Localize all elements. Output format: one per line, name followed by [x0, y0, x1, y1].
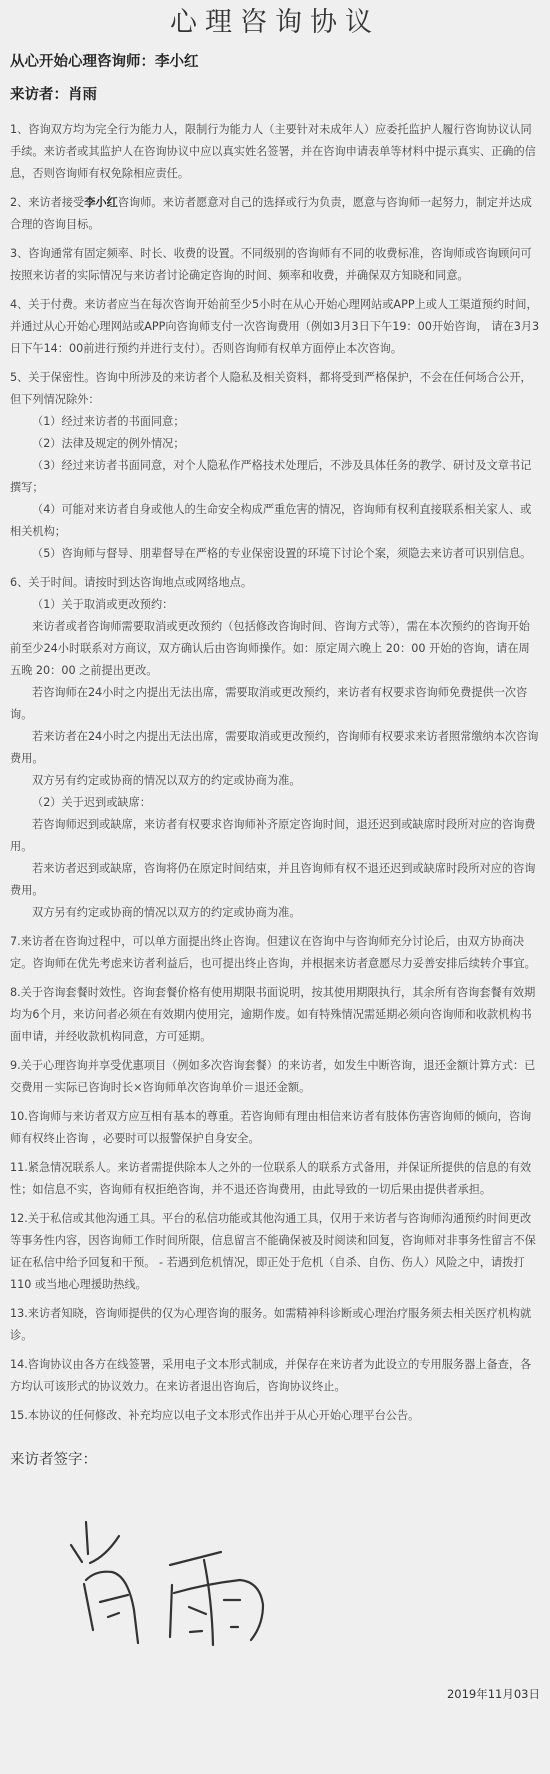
- clause-5-item: （4）可能对来访者自身或他人的生命安全构成严重危害的情况，咨询师有权利直接联系相…: [10, 499, 540, 543]
- clause-6-item: 若咨询师在24小时之内提出无法出席，需要取消或更改预约，来访者有权要求咨询师免费…: [10, 682, 540, 726]
- visitor-label: 来访者：: [10, 87, 68, 103]
- clause-text: 2、来访者接受李小红咨询师。来访者愿意对自己的选择或行为负责，愿意与咨询师一起努…: [10, 192, 540, 236]
- clause-text: 9.关于心理咨询并享受优惠项目（例如多次咨询套餐）的来访者，如发生中断咨询，退还…: [10, 1055, 540, 1099]
- clause-text: 7.来访者在咨询过程中，可以单方面提出终止咨询。但建议在咨询中与咨询师充分讨论后…: [10, 931, 540, 975]
- clause-5-item: （1）经过来访者的书面同意；: [10, 411, 540, 433]
- clause-text: 3、咨询通常有固定频率、时长、收费的设置。不同级别的咨询师有不同的收费标准，咨询…: [10, 243, 540, 287]
- clause-text: 12.关于私信或其他沟通工具。平台的私信功能或其他沟通工具，仅用于来访者与咨询师…: [10, 1208, 540, 1296]
- clause-7: 7.来访者在咨询过程中，可以单方面提出终止咨询。但建议在咨询中与咨询师充分讨论后…: [10, 931, 540, 975]
- clause-2-pre: 2、来访者接受: [10, 196, 84, 209]
- clause-10: 10.咨询师与来访者双方应互相有基本的尊重。若咨询师有理由相信来访者有肢体伤害咨…: [10, 1106, 540, 1150]
- counselor-name: 李小红: [155, 54, 199, 70]
- clause-3: 3、咨询通常有固定频率、时长、收费的设置。不同级别的咨询师有不同的收费标准，咨询…: [10, 243, 540, 287]
- signature-label: 来访者签字：: [10, 1448, 97, 1469]
- clause-5: 5、关于保密性。咨询中所涉及的来访者个人隐私及相关资料，都将受到严格保护，不会在…: [10, 367, 540, 565]
- clause-6-item: 若咨询师迟到或缺席，来访者有权要求咨询师补齐原定咨询时间，退还迟到或缺席时段所对…: [10, 814, 540, 858]
- clause-9: 9.关于心理咨询并享受优惠项目（例如多次咨询套餐）的来访者，如发生中断咨询，退还…: [10, 1055, 540, 1099]
- clause-5-item: （3）经过来访者书面同意，对个人隐私作严格技术处理后，不涉及具体任务的教学、研讨…: [10, 455, 540, 499]
- signing-date: 2019年11月03日: [447, 1686, 540, 1702]
- clause-text: 14.咨询协议由各方在线签署，采用电子文本形式制成，并保存在来访者为此设立的专用…: [10, 1354, 540, 1398]
- clause-text: 8.关于咨询套餐时效性。咨询套餐价格有使用期限书面说明，按其使用期限执行，其余所…: [10, 982, 540, 1048]
- visitor-line: 来访者：肖雨: [10, 85, 550, 105]
- clause-6-item: 若来访者迟到或缺席，咨询将仍在原定时间结束，并且咨询师有权不退还迟到或缺席时段所…: [10, 858, 540, 902]
- clause-5-item: （5）咨询师与督导、朋辈督导在严格的专业保密设置的环境下讨论个案，须隐去来访者可…: [10, 543, 540, 565]
- counselor-line: 从心开始心理咨询师：李小红: [10, 52, 550, 72]
- clause-2-counselor-name: 李小红: [84, 196, 118, 209]
- clause-text: 5、关于保密性。咨询中所涉及的来访者个人隐私及相关资料，都将受到严格保护，不会在…: [10, 367, 540, 411]
- clause-6-item: 双方另有约定或协商的情况以双方的约定或协商为准。: [10, 902, 540, 924]
- counselor-label: 从心开始心理咨询师：: [10, 54, 155, 70]
- clause-6-subtitle: （1）关于取消或更改预约：: [10, 594, 540, 616]
- clause-8: 8.关于咨询套餐时效性。咨询套餐价格有使用期限书面说明，按其使用期限执行，其余所…: [10, 982, 540, 1048]
- clause-6-subtitle: （2）关于迟到或缺席：: [10, 792, 540, 814]
- handwritten-signature: [40, 1510, 280, 1670]
- clause-6-item: 来访者或者咨询师需要取消或更改预约（包括修改咨询时间、咨询方式等），需在本次预约…: [10, 616, 540, 682]
- clause-6-item: 若来访者在24小时之内提出无法出席，需要取消或更改预约，咨询师有权要求来访者照常…: [10, 726, 540, 770]
- clause-5-item: （2）法律及规定的例外情况；: [10, 433, 540, 455]
- clause-2: 2、来访者接受李小红咨询师。来访者愿意对自己的选择或行为负责，愿意与咨询师一起努…: [10, 192, 540, 236]
- clause-6: 6、关于时间。请按时到达咨询地点或网络地点。 （1）关于取消或更改预约： 来访者…: [10, 572, 540, 924]
- clause-text: 6、关于时间。请按时到达咨询地点或网络地点。: [10, 572, 540, 594]
- clause-15: 15.本协议的任何修改、补充均应以电子文本形式作出并于从心开始心理平台公告。: [10, 1405, 540, 1427]
- clause-13: 13.来访者知晓，咨询师提供的仅为心理咨询的服务。如需精神科诊断或心理治疗服务须…: [10, 1303, 540, 1347]
- document-title: 心理咨询协议: [0, 0, 550, 42]
- clause-4: 4、关于付费。来访者应当在每次咨询开始前至少5小时在从心开始心理网站或APP上或…: [10, 294, 540, 360]
- clause-14: 14.咨询协议由各方在线签署，采用电子文本形式制成，并保存在来访者为此设立的专用…: [10, 1354, 540, 1398]
- clause-text: 4、关于付费。来访者应当在每次咨询开始前至少5小时在从心开始心理网站或APP上或…: [10, 294, 540, 360]
- clause-6-item: 双方另有约定或协商的情况以双方的约定或协商为准。: [10, 770, 540, 792]
- clause-text: 13.来访者知晓，咨询师提供的仅为心理咨询的服务。如需精神科诊断或心理治疗服务须…: [10, 1303, 540, 1347]
- clause-11: 11.紧急情况联系人。来访者需提供除本人之外的一位联系人的联系方式备用，并保证所…: [10, 1157, 540, 1201]
- clause-text: 1、咨询双方均为完全行为能力人，限制行为能力人（主要针对未成年人）应委托监护人履…: [10, 119, 540, 185]
- clause-12: 12.关于私信或其他沟通工具。平台的私信功能或其他沟通工具，仅用于来访者与咨询师…: [10, 1208, 540, 1296]
- agreement-page: 心理咨询协议 从心开始心理咨询师：李小红 来访者：肖雨 1、咨询双方均为完全行为…: [0, 0, 550, 1774]
- clause-text: 11.紧急情况联系人。来访者需提供除本人之外的一位联系人的联系方式备用，并保证所…: [10, 1157, 540, 1201]
- clause-text: 15.本协议的任何修改、补充均应以电子文本形式作出并于从心开始心理平台公告。: [10, 1405, 540, 1427]
- agreement-body: 1、咨询双方均为完全行为能力人，限制行为能力人（主要针对未成年人）应委托监护人履…: [0, 119, 550, 1427]
- visitor-name: 肖雨: [68, 87, 97, 103]
- clause-1: 1、咨询双方均为完全行为能力人，限制行为能力人（主要针对未成年人）应委托监护人履…: [10, 119, 540, 185]
- clause-text: 10.咨询师与来访者双方应互相有基本的尊重。若咨询师有理由相信来访者有肢体伤害咨…: [10, 1106, 540, 1150]
